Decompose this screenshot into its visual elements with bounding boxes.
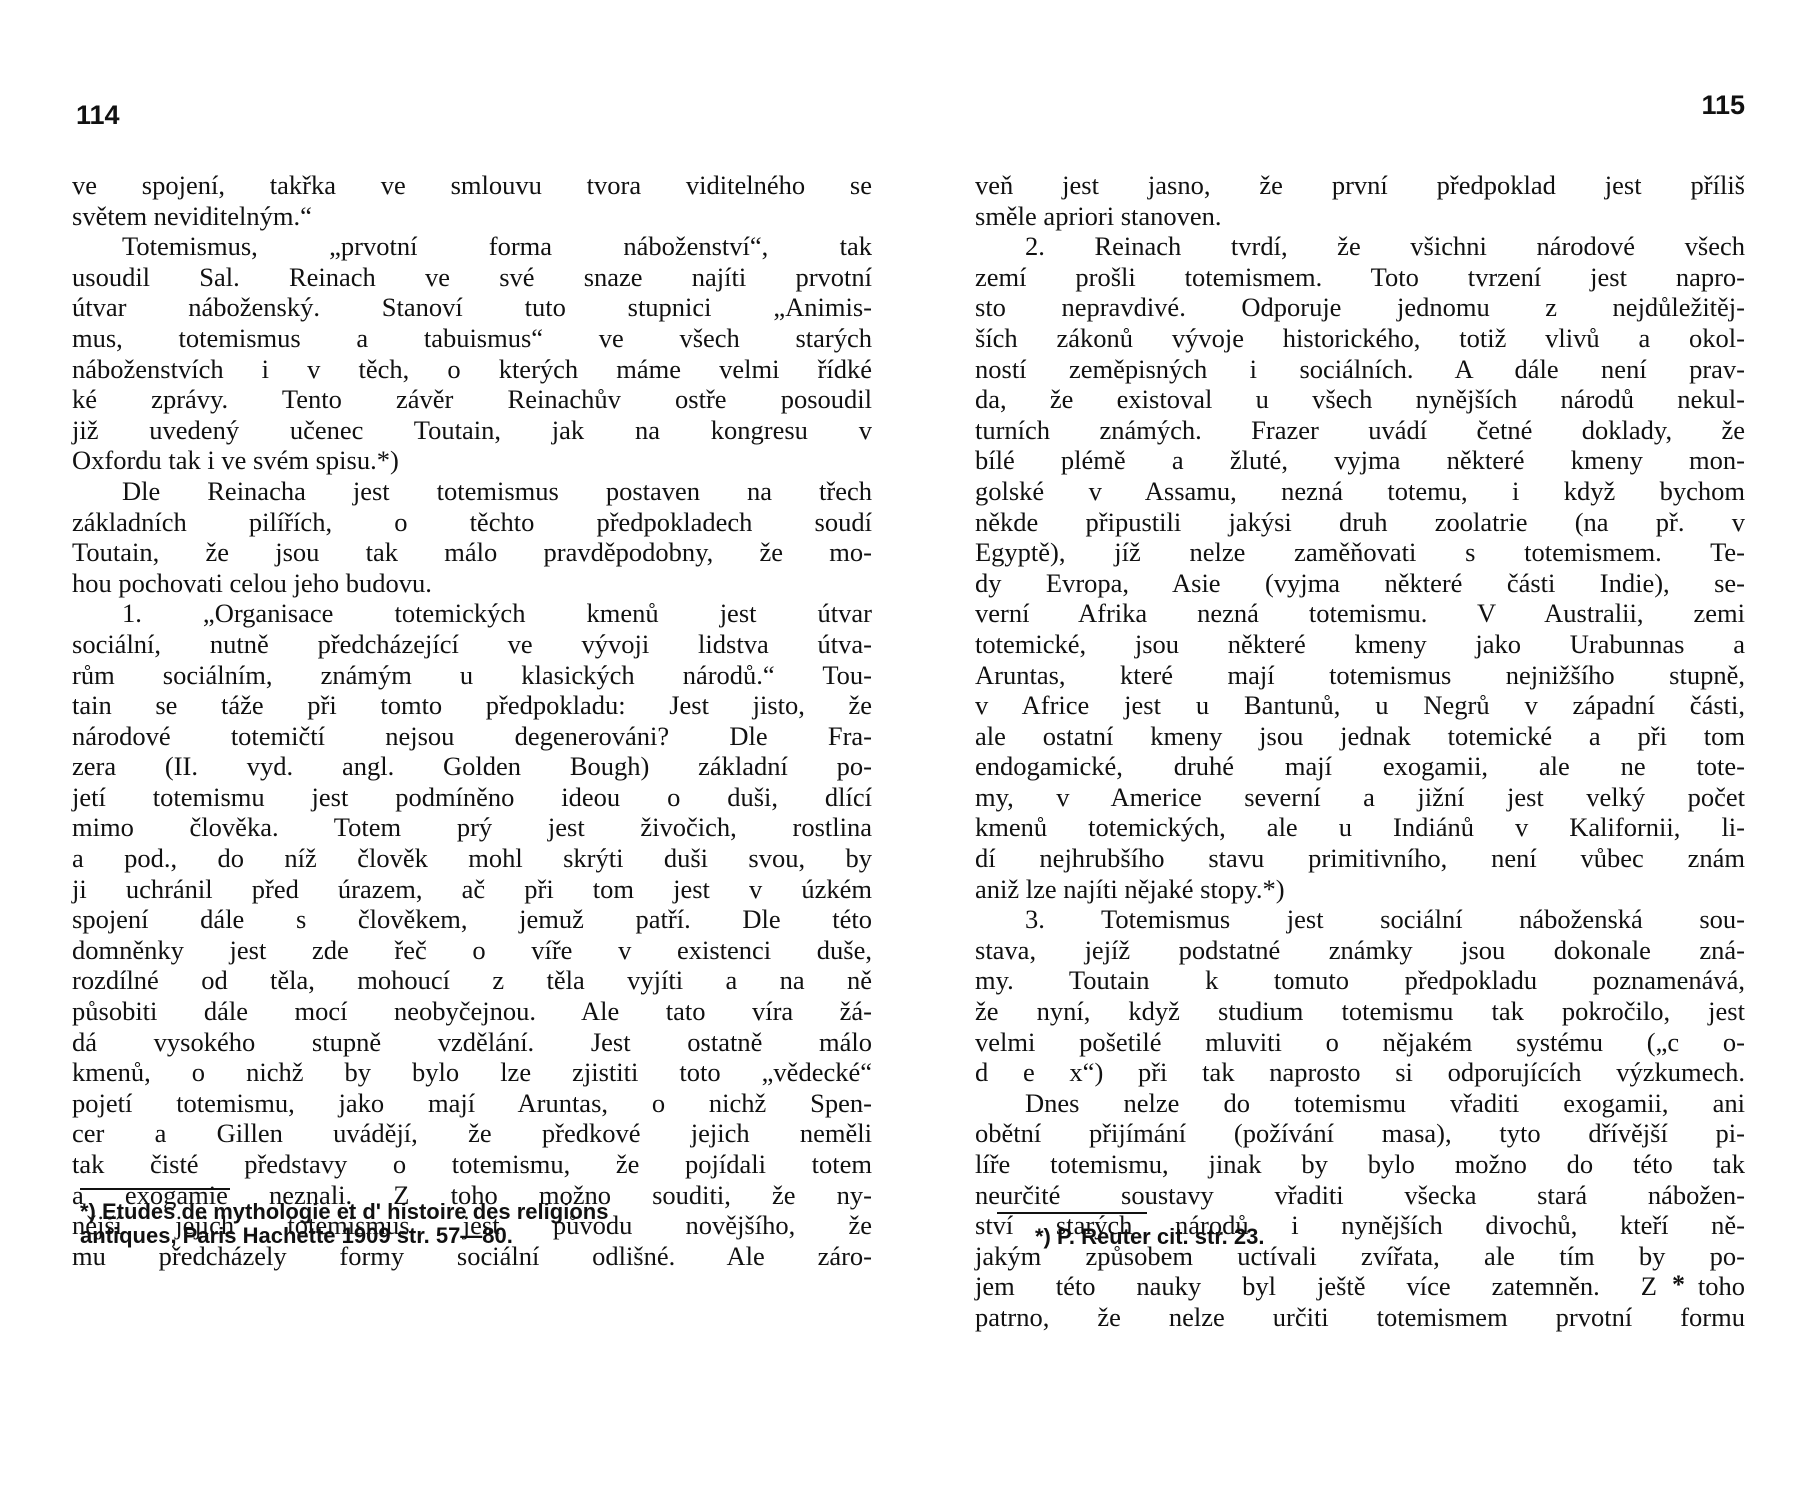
text-line: sociální, nutně předcházející ve vývoji … — [72, 629, 872, 660]
text-line: da, že existoval u všech nynějších národ… — [975, 384, 1745, 415]
text-line: národové totemičtí nejsou degenerováni? … — [72, 721, 872, 752]
footnote-rule — [80, 1188, 230, 1190]
page-body-text: ve spojení, takřka ve smlouvu tvora vidi… — [72, 170, 872, 1271]
text-line: verní Afrika nezná totemismu. V Australi… — [975, 598, 1745, 629]
text-line: aniž lze najíti nějaké stopy.*) — [975, 874, 1745, 905]
text-line: mus, totemismus a tabuismus“ ve všech st… — [72, 323, 872, 354]
text-line: golské v Assamu, nezná totemu, i když by… — [975, 476, 1745, 507]
text-line: 3. Totemismus jest sociální náboženská s… — [975, 904, 1745, 935]
text-line: my, v Americe severní a jižní jest velký… — [975, 782, 1745, 813]
text-line: stava, jejíž podstatné známky jsou dokon… — [975, 935, 1745, 966]
text-line: jetí totemismu jest podmíněno ideou o du… — [72, 782, 872, 813]
footnote-line: *) Etudes de mythologie et d' histoire d… — [80, 1200, 820, 1224]
text-line: endogamické, druhé mají exogamii, ale ne… — [975, 751, 1745, 782]
page-body-text: veň jest jasno, že první předpoklad jest… — [975, 170, 1745, 1333]
text-line: 1. „Organisace totemických kmenů jest út… — [72, 598, 872, 629]
text-line: Dnes nelze do totemismu vřaditi exogamii… — [975, 1088, 1745, 1119]
text-line: tak čisté představy o totemismu, že pojí… — [72, 1149, 872, 1180]
text-line: hou pochovati celou jeho budovu. — [72, 568, 872, 599]
text-line: základních pilířích, o těchto předpoklad… — [72, 507, 872, 538]
page-number: 115 — [1701, 90, 1745, 121]
text-line: cer a Gillen uvádějí, že předkové jejich… — [72, 1118, 872, 1149]
text-line: ností zeměpisných i sociálních. A dále n… — [975, 354, 1745, 385]
text-line: dá vysokého stupně vzdělání. Jest ostatn… — [72, 1027, 872, 1058]
text-line: domněnky jest zde řeč o víře v existenci… — [72, 935, 872, 966]
text-line: kmenů, o nichž by bylo lze zjistiti toto… — [72, 1057, 872, 1088]
text-line: ale ostatní kmeny jsou jednak totemické … — [975, 721, 1745, 752]
text-line: spojení dále s člověkem, jemuž patří. Dl… — [72, 904, 872, 935]
text-line: útvar náboženský. Stanoví tuto stupnici … — [72, 292, 872, 323]
text-line: kmenů totemických, ale u Indiánů v Kalif… — [975, 812, 1745, 843]
text-line: obětní přijímání (požívání masa), tyto d… — [975, 1118, 1745, 1149]
text-line: Totemismus, „prvotní forma náboženství“,… — [72, 231, 872, 262]
footnote-line: antiques, Paris Hachette 1909 str. 57—80… — [80, 1224, 820, 1248]
text-line: že nyní, když studium totemismu tak pokr… — [975, 996, 1745, 1027]
text-line: bílé plémě a žluté, vyjma některé kmeny … — [975, 445, 1745, 476]
text-line: světem neviditelným.“ — [72, 201, 872, 232]
text-line: veň jest jasno, že první předpoklad jest… — [975, 170, 1745, 201]
text-line: Aruntas, které mají totemismus nejnižšíh… — [975, 660, 1745, 691]
text-line: 2. Reinach tvrdí, že všichni národové vš… — [975, 231, 1745, 262]
text-line: turních známých. Frazer uvádí četné dokl… — [975, 415, 1745, 446]
text-line: my. Toutain k tomuto předpokladu pozname… — [975, 965, 1745, 996]
text-line: již uvedený učenec Toutain, jak na kongr… — [72, 415, 872, 446]
text-line: ké zprávy. Tento závěr Reinachův ostře p… — [72, 384, 872, 415]
footnote: *) Etudes de mythologie et d' histoire d… — [80, 1200, 820, 1248]
text-line: směle apriori stanoven. — [975, 201, 1745, 232]
text-line: Dle Reinacha jest totemismus postaven na… — [72, 476, 872, 507]
text-line: líře totemismu, jinak by bylo možno do t… — [975, 1149, 1745, 1180]
text-line: velmi pošetilé mluviti o nějakém systému… — [975, 1027, 1745, 1058]
text-line: jem této nauky byl ještě více zatemněn. … — [975, 1271, 1745, 1302]
text-line: mimo člověka. Totem prý jest živočich, r… — [72, 812, 872, 843]
text-line: totemické, jsou některé kmeny jako Urabu… — [975, 629, 1745, 660]
text-line: Egyptě), jíž nelze zaměňovati s totemism… — [975, 537, 1745, 568]
text-line: neurčité soustavy vřaditi všecka stará n… — [975, 1180, 1745, 1211]
text-line: a pod., do níž člověk mohl skrýti duši s… — [72, 843, 872, 874]
text-line: působiti dále mocí neobyčejnou. Ale tato… — [72, 996, 872, 1027]
text-line: pojetí totemismu, jako mají Aruntas, o n… — [72, 1088, 872, 1119]
text-line: ve spojení, takřka ve smlouvu tvora vidi… — [72, 170, 872, 201]
text-line: dy Evropa, Asie (vyjma některé části Ind… — [975, 568, 1745, 599]
text-line: zemí prošli totemismem. Toto tvrzení jes… — [975, 262, 1745, 293]
text-line: rozdílné od těla, mohoucí z těla vyjíti … — [72, 965, 872, 996]
text-line: někde připustili jakýsi druh zoolatrie (… — [975, 507, 1745, 538]
footnote-rule — [997, 1212, 1147, 1214]
text-line: náboženstvích i v těch, o kterých máme v… — [72, 354, 872, 385]
text-line: sto nepravdivé. Odporuje jednomu z nejdů… — [975, 292, 1745, 323]
signature-mark: * — [1672, 1270, 1685, 1300]
text-line: ji uchránil před úrazem, ač při tom jest… — [72, 874, 872, 905]
text-line: Oxfordu tak i ve svém spisu.*) — [72, 445, 872, 476]
text-line: d e x“) při tak naprosto si odporujících… — [975, 1057, 1745, 1088]
text-line: patrno, že nelze určiti totemismem prvot… — [975, 1302, 1745, 1333]
text-line: rům sociálním, známým u klasických národ… — [72, 660, 872, 691]
text-line: Toutain, že jsou tak málo pravděpodobny,… — [72, 537, 872, 568]
text-line: usoudil Sal. Reinach ve své snaze najíti… — [72, 262, 872, 293]
text-line: dí nejhrubšího stavu primitivního, není … — [975, 843, 1745, 874]
page-number: 114 — [76, 100, 120, 131]
footnote: *) P. Reuter cit. str. 23. — [1035, 1225, 1635, 1249]
text-line: zera (II. vyd. angl. Golden Bough) zákla… — [72, 751, 872, 782]
text-line: tain se táže při tomto předpokladu: Jest… — [72, 690, 872, 721]
text-line: v Africe jest u Bantunů, u Negrů v západ… — [975, 690, 1745, 721]
text-line: ších zákonů vývoje historického, totiž v… — [975, 323, 1745, 354]
footnote-line: *) P. Reuter cit. str. 23. — [1035, 1225, 1635, 1249]
